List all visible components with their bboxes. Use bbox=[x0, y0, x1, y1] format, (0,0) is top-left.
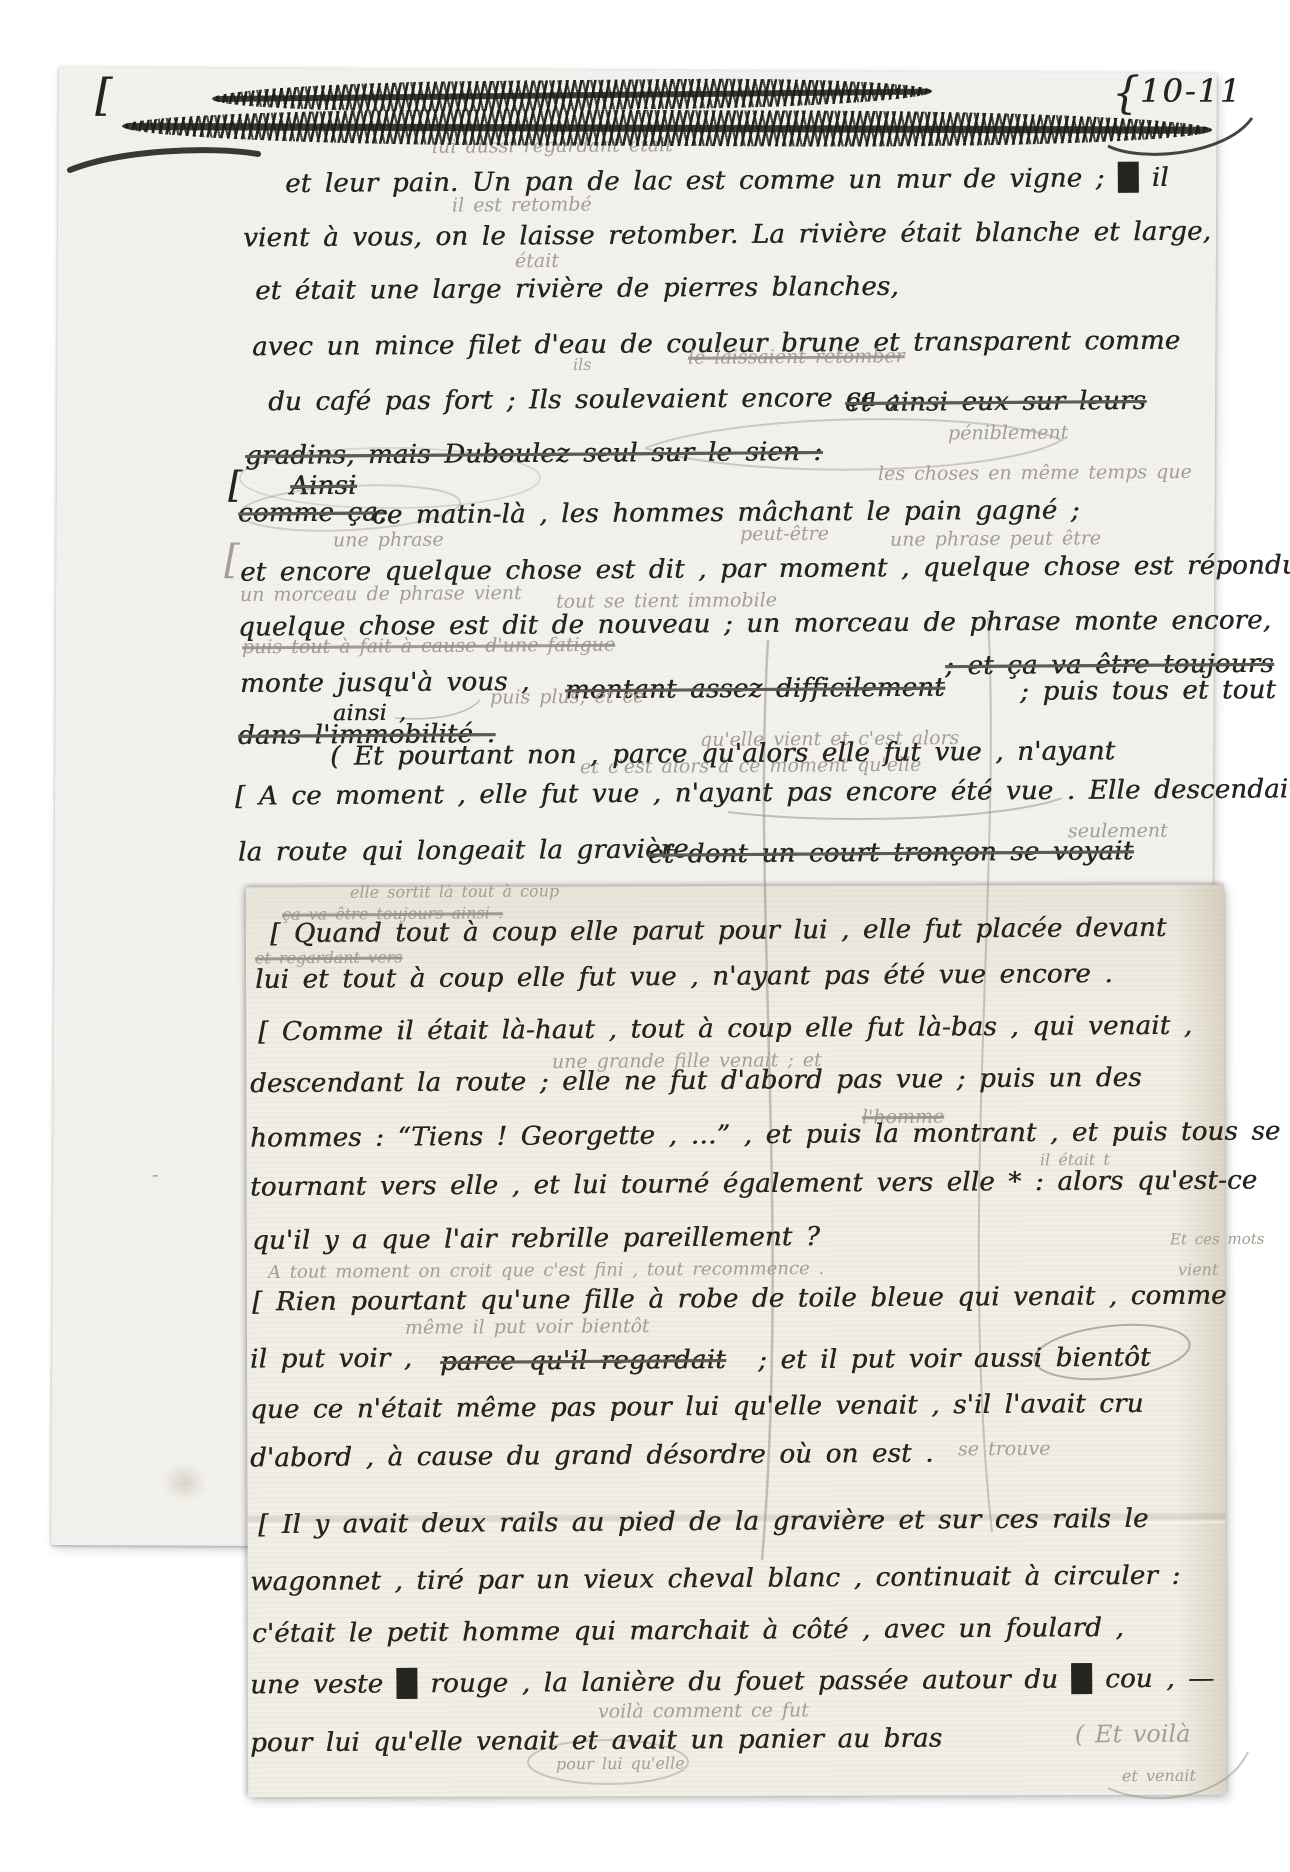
manuscript-line-ink: [ Comme il était là-haut , tout à coup e… bbox=[258, 1013, 1192, 1046]
manuscript-line-pencil: A tout moment on croit que c'est fini , … bbox=[268, 1260, 824, 1282]
manuscript-line-ink: hommes : “Tiens ! Georgette , …” , et pu… bbox=[250, 1118, 1281, 1151]
manuscript-line-ink: pour lui qu'elle venait et avait un pani… bbox=[250, 1726, 942, 1757]
manuscript-line-ink: et était une large rivière de pierres bl… bbox=[255, 274, 899, 304]
manuscript-line-ink: descendant la route ; elle ne fut d'abor… bbox=[250, 1065, 1142, 1097]
manuscript-line-ink: monte jusqu'à vous , bbox=[240, 669, 530, 697]
manuscript-line-ink: parce qu'il regardait bbox=[440, 1347, 726, 1375]
manuscript-line-ink: et ainsi eux sur leurs bbox=[845, 388, 1146, 416]
manuscript-line-pencil: une phrase peut être bbox=[890, 529, 1101, 549]
manuscript-line-pencil: puis tout à fait à cause d'une fatigue bbox=[242, 636, 615, 658]
manuscript-line-pencil: ( Et voilà bbox=[1075, 1722, 1191, 1747]
text-layer: [lui aussi regardant étaitet leur pain. … bbox=[0, 0, 1290, 1872]
manuscript-line-pencil: une phrase bbox=[333, 531, 444, 551]
manuscript-line-ink: Ainsi bbox=[290, 473, 357, 499]
manuscript-line-ink: du café pas fort ; Ils soulevaient encor… bbox=[268, 385, 899, 415]
manuscript-line-pencil: voilà comment ce fut bbox=[598, 1701, 809, 1721]
manuscript-line-ink: une veste █ rouge , la lanière du fouet … bbox=[250, 1666, 1214, 1699]
manuscript-line-ink: [ bbox=[95, 74, 113, 118]
manuscript-line-pencil: - bbox=[152, 1166, 159, 1185]
manuscript-line-ink: [ A ce moment , elle fut vue , n'ayant p… bbox=[235, 776, 1290, 809]
manuscript-line-pencil: péniblement bbox=[948, 424, 1068, 444]
manuscript-line-pencil: vient bbox=[1178, 1262, 1218, 1278]
manuscript-line-ink: lui et tout à coup elle fut vue , n'ayan… bbox=[255, 961, 1113, 993]
manuscript-line-ink: tournant vers elle , et lui tourné égale… bbox=[250, 1167, 1257, 1200]
manuscript-line-ink: ( Et pourtant non , parce qu'alors elle … bbox=[330, 738, 1115, 769]
manuscript-line-ink: [ Quand tout à coup elle parut pour lui … bbox=[270, 915, 1167, 947]
manuscript-line-ink: qu'il y a que l'air rebrille pareillemen… bbox=[252, 1224, 820, 1254]
manuscript-line-pencil: même il put voir bientôt bbox=[405, 1317, 650, 1338]
manuscript-line-ink: vient à vous, on le laisse retomber. La … bbox=[243, 219, 1211, 252]
manuscript-line-pencil: Et ces mots bbox=[1170, 1232, 1265, 1248]
manuscript-line-ink: et dont un court tronçon se voyait bbox=[648, 838, 1133, 867]
manuscript-line-ink: ; et il put voir aussi bientôt bbox=[758, 1345, 1151, 1374]
manuscript-line-pencil: un morceau de phrase vient bbox=[240, 584, 522, 605]
manuscript-line-pencil: le laissaient retomber bbox=[688, 347, 905, 368]
manuscript-line-pencil: pour lui qu'elle bbox=[556, 1756, 685, 1773]
manuscript-line-pencil: ils bbox=[573, 357, 592, 373]
manuscript-line-pencil: [ bbox=[224, 540, 240, 580]
manuscript-line-pencil: et venait bbox=[1122, 1768, 1196, 1785]
manuscript-scan: {10-11 [lui aussi regardant étaitet leur… bbox=[0, 0, 1290, 1872]
manuscript-line-pencil: était bbox=[515, 252, 559, 271]
manuscript-line-pencil: peut-être bbox=[740, 525, 829, 545]
manuscript-line-ink: comme ça, bbox=[238, 499, 386, 526]
manuscript-line-pencil: les choses en même temps que bbox=[878, 463, 1192, 484]
manuscript-line-ink: que ce n'était même pas pour lui qu'elle… bbox=[250, 1391, 1144, 1423]
manuscript-line-pencil: se trouve bbox=[958, 1440, 1051, 1460]
manuscript-line-ink: il put voir , bbox=[250, 1345, 412, 1372]
manuscript-line-ink: [ Rien pourtant qu'une fille à robe de t… bbox=[252, 1283, 1227, 1316]
manuscript-line-ink: et leur pain. Un pan de lac est comme un… bbox=[285, 165, 1169, 197]
manuscript-line-ink: [ Il y avait deux rails au pied de la gr… bbox=[258, 1506, 1149, 1538]
manuscript-line-pencil: puis plus, et ce bbox=[490, 687, 645, 707]
manuscript-line-ink: gradins, mais Duboulez seul sur le sien … bbox=[245, 439, 823, 469]
manuscript-line-ink: ; puis tous et tout bbox=[1020, 677, 1276, 705]
manuscript-line-ink: d'abord , à cause du grand désordre où o… bbox=[250, 1441, 934, 1472]
manuscript-line-ink: et encore quelque chose est dit , par mo… bbox=[240, 552, 1290, 586]
manuscript-line-pencil: elle sortit là tout à coup bbox=[350, 883, 559, 900]
manuscript-line-ink: wagonnet , tiré par un vieux cheval blan… bbox=[250, 1563, 1181, 1595]
manuscript-line-pencil: il est retombé bbox=[452, 196, 592, 216]
manuscript-line-ink: ce matin-là , les hommes mâchant le pain… bbox=[372, 498, 1080, 529]
manuscript-line-ink: la route qui longeait la gravière bbox=[238, 836, 689, 865]
manuscript-line-ink: c'était le petit homme qui marchait à cô… bbox=[252, 1615, 1124, 1647]
